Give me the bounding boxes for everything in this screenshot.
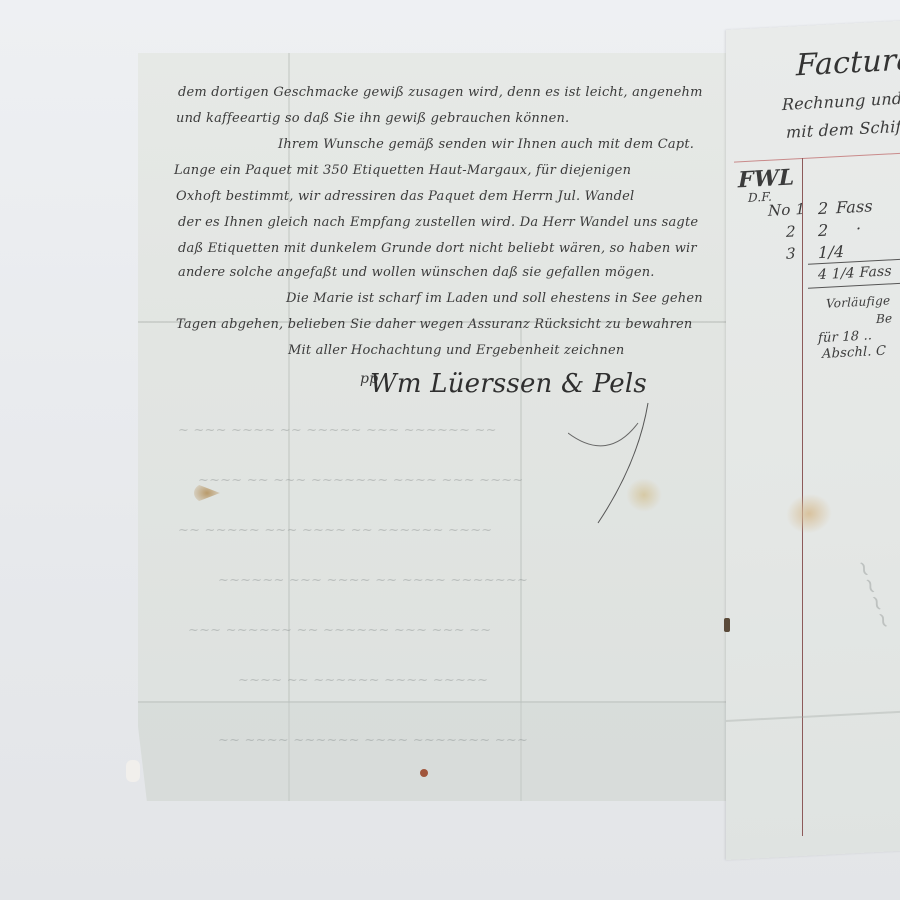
letter-line: Lange ein Paquet mit 350 Etiquetten Haut… [174, 163, 631, 178]
bleed-through-text: ~~~~~~ ~~~ ~~~~ ~~ ~~~~ ~~~~~~~ [218, 573, 528, 588]
note: Be [876, 311, 892, 326]
bleed-through-text: ~~~~ ~~ ~~~~~~ ~~~~ ~~~~~ [238, 673, 488, 688]
letter-line: daß Etiquetten mit dunkelem Grunde dort … [178, 241, 697, 256]
invoice-subheading: mit dem Schiff [786, 116, 900, 141]
bleed-through-text: ~~~~ ~~ ~~~ ~~~~~~~ ~~~~ ~~~ ~~~~ [198, 473, 524, 488]
invoice-heading: Factura [796, 42, 900, 83]
cask-number: No 1 [768, 200, 805, 220]
letter-left-page: dem dortigen Geschmacke gewiß zusagen wi… [138, 53, 728, 801]
invoice-subheading: Rechnung und [782, 89, 900, 114]
quantity: 1/4 [818, 242, 844, 262]
letter-line: Oxhoft bestimmt, wir adressiren das Paqu… [176, 189, 634, 204]
unit: · [856, 219, 861, 238]
letter-line: Ihrem Wunsche gemäß senden wir Ihnen auc… [278, 137, 694, 152]
total: 4 1/4 Fass [818, 263, 892, 283]
note: Vorläufige [826, 293, 890, 310]
cask-number: 2 [786, 222, 796, 241]
unit: Fass [836, 196, 873, 217]
letter-line: dem dortigen Geschmacke gewiß zusagen wi… [178, 85, 703, 100]
bleed-through-text: ~~ ~~~~~ ~~~ ~~~~ ~~ ~~~~~~ ~~~~ [178, 523, 492, 538]
note: für 18 .. [818, 328, 872, 346]
signature-flourish [568, 393, 658, 533]
letter-line: der es Ihnen gleich nach Empfang zustell… [178, 215, 698, 230]
ledger-rule-top [734, 152, 900, 163]
quantity: 2 [818, 221, 828, 241]
stain [420, 769, 428, 777]
folded-bottom-panel [138, 701, 728, 801]
stain [724, 618, 730, 632]
bleed-through-text: ~ ~~~ ~~~~ ~~ ~~~~~ ~~~ ~~~~~~ ~~ [178, 423, 497, 438]
cask-number: 3 [786, 244, 796, 263]
letter-line: Die Marie ist scharf im Laden und soll e… [286, 291, 703, 306]
quantity: 2 [818, 199, 828, 219]
stain [786, 492, 832, 534]
letter-line: Tagen abgehen, belieben Sie daher wegen … [176, 317, 692, 332]
fold-line-horizontal [726, 710, 900, 722]
letter-right-page: Factura Rechnung und mit dem Schiff FWL … [726, 20, 900, 860]
bleed-through-text: ~~~ ~~~~~~ ~~ ~~~~~~ ~~~ ~~~ ~~ [188, 623, 491, 638]
stain [626, 478, 662, 512]
letter-line: Mit aller Hochachtung und Ergebenheit ze… [288, 343, 624, 358]
bleed-through-text: ~~ ~~~~ ~~~~~~ ~~~~ ~~~~~~~ ~~~ [218, 733, 528, 748]
bleed-through-text: ~~~~ [849, 556, 898, 634]
letter-line: andere solche angefaßt und wollen wünsch… [178, 265, 655, 280]
letter-line: und kaffeeartig so daß Sie ihn gewiß geb… [176, 111, 569, 126]
paper-fragment [126, 760, 140, 782]
total-rule [808, 282, 900, 289]
note: Abschl. C [822, 344, 886, 362]
